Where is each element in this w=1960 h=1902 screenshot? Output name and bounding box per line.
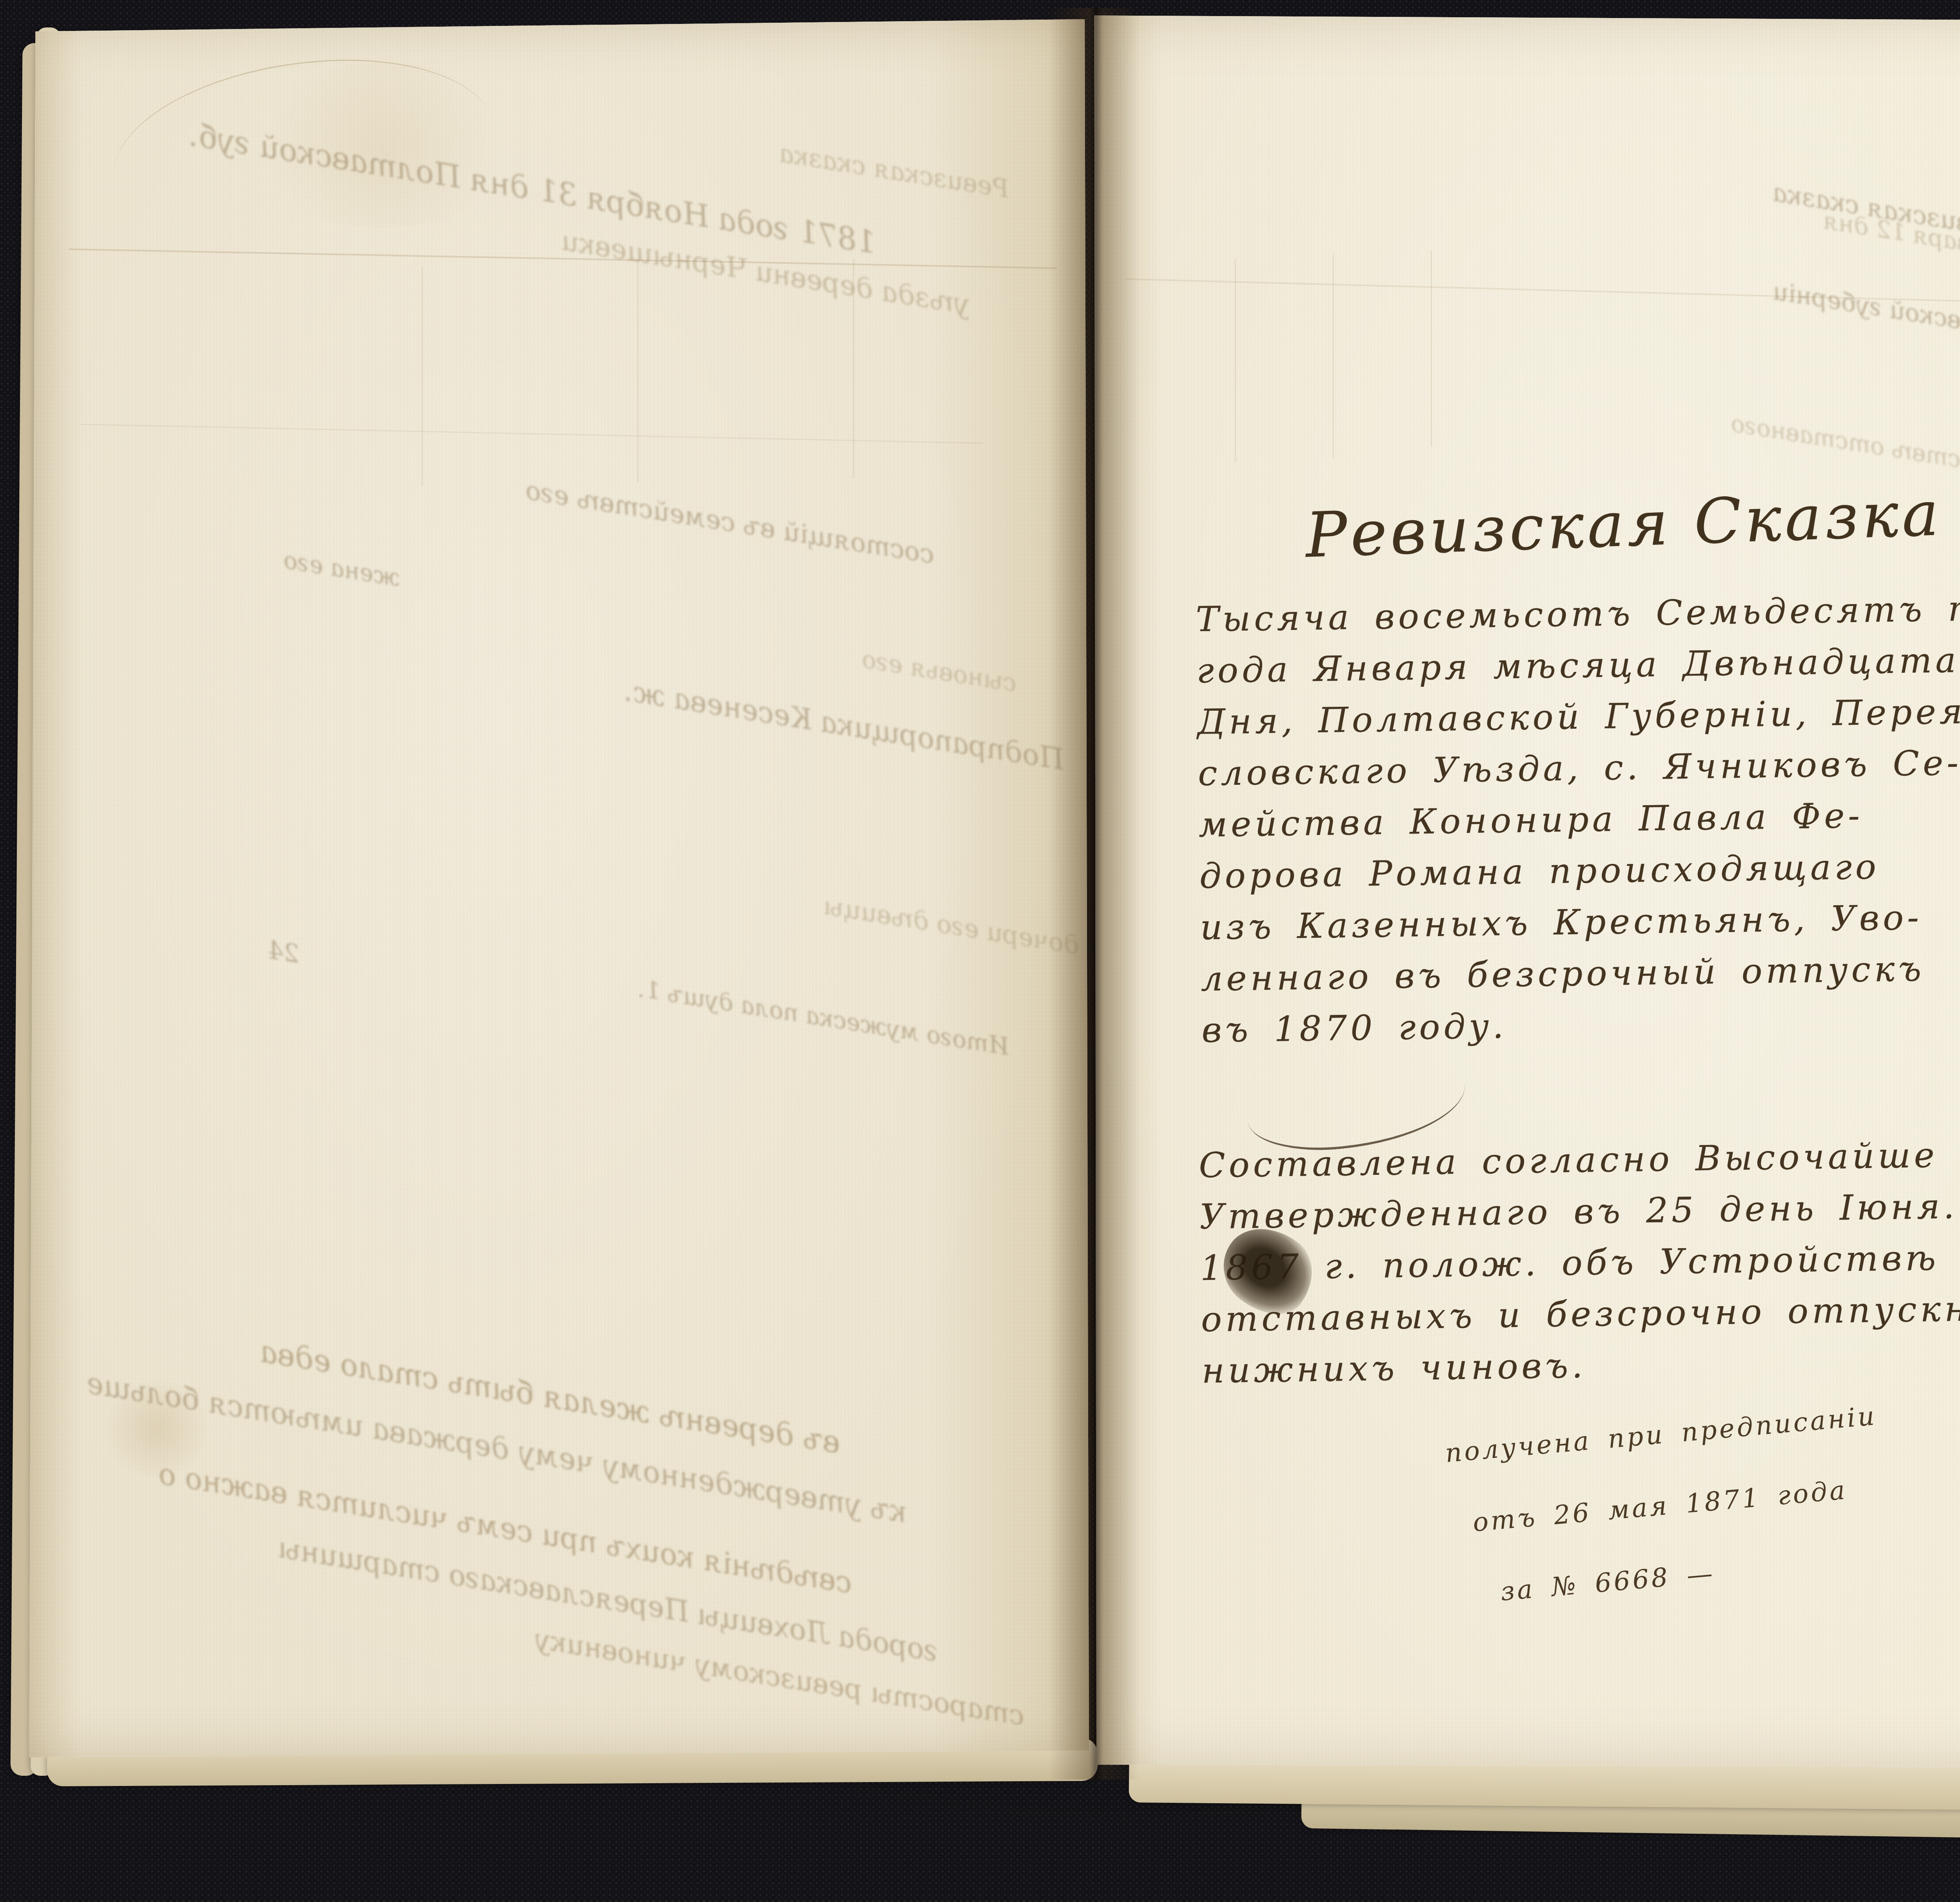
faint-table-column-rule bbox=[1235, 259, 1236, 463]
faint-table-column-rule bbox=[637, 263, 639, 482]
receipt-note: получена при предписаніи отъ 26 мая 1871… bbox=[1444, 1401, 1894, 1652]
left-page: Ревизская сказка 1871 года Ноября 31 дня… bbox=[26, 16, 1089, 1761]
archival-photo: Ревизская сказка 1871 года Ноября 31 дня… bbox=[0, 0, 1960, 1902]
bleedthrough-text: Подпрапорщика Кесенева ж. bbox=[287, 621, 1067, 776]
paragraph-2: Составлена согласно Высочайше Утвержденн… bbox=[1199, 1132, 1960, 1402]
paper-grain bbox=[26, 16, 1089, 1761]
book-gutter-shadow bbox=[1049, 8, 1139, 1780]
paragraph-1: Тысяча восемьсотъ Семьдесятъ перваго, го… bbox=[1196, 586, 1960, 1061]
bleedthrough-text: Итого мужеска пола душъ 1. bbox=[232, 911, 1011, 1061]
faint-table-column-rule bbox=[422, 267, 423, 486]
bleedthrough-text: дочери его дѣвицы bbox=[303, 809, 1082, 960]
faint-table-column-rule bbox=[1431, 251, 1432, 447]
